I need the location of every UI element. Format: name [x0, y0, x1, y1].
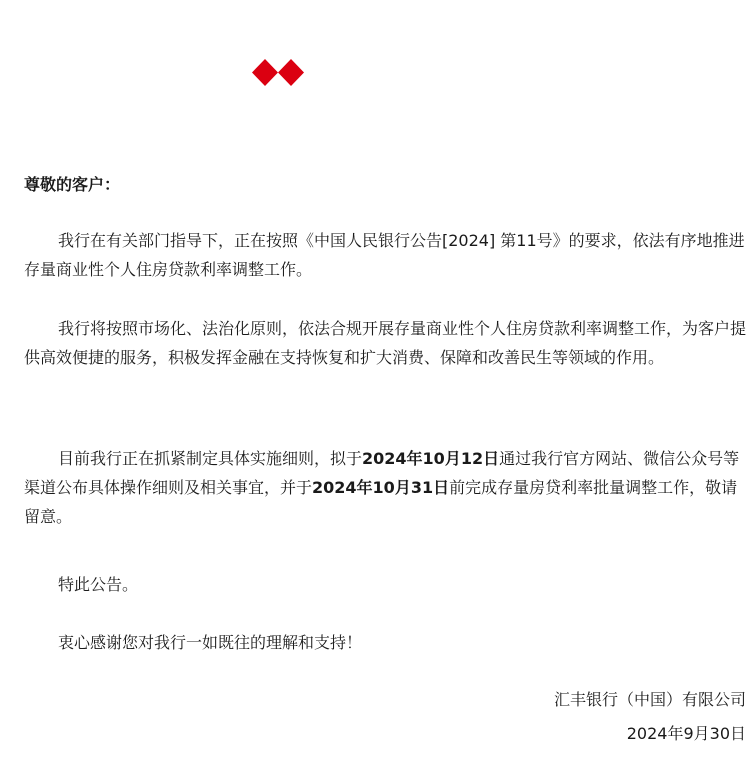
announce-date: 2024年10月12日	[362, 449, 499, 468]
paragraph-1: 我行在有关部门指导下，正在按照《中国人民银行公告[2024] 第11号》的要求，…	[24, 226, 748, 284]
paragraph-3-part1: 目前我行正在抓紧制定具体实施细则，拟于	[58, 449, 362, 468]
paragraph-4: 特此公告。	[24, 570, 748, 599]
hsbc-logo-icon	[252, 59, 304, 86]
paragraph-5: 衷心感谢您对我行一如既往的理解和支持！	[24, 628, 748, 657]
greeting: 尊敬的客户：	[24, 170, 748, 199]
paragraph-2: 我行将按照市场化、法治化原则，依法合规开展存量商业性个人住房贷款利率调整工作，为…	[24, 314, 748, 372]
signature-date: 2024年9月30日	[627, 719, 746, 748]
deadline-date: 2024年10月31日	[312, 478, 449, 497]
paragraph-3: 目前我行正在抓紧制定具体实施细则，拟于2024年10月12日通过我行官方网站、微…	[24, 444, 748, 531]
signature-company: 汇丰银行（中国）有限公司	[554, 685, 746, 714]
